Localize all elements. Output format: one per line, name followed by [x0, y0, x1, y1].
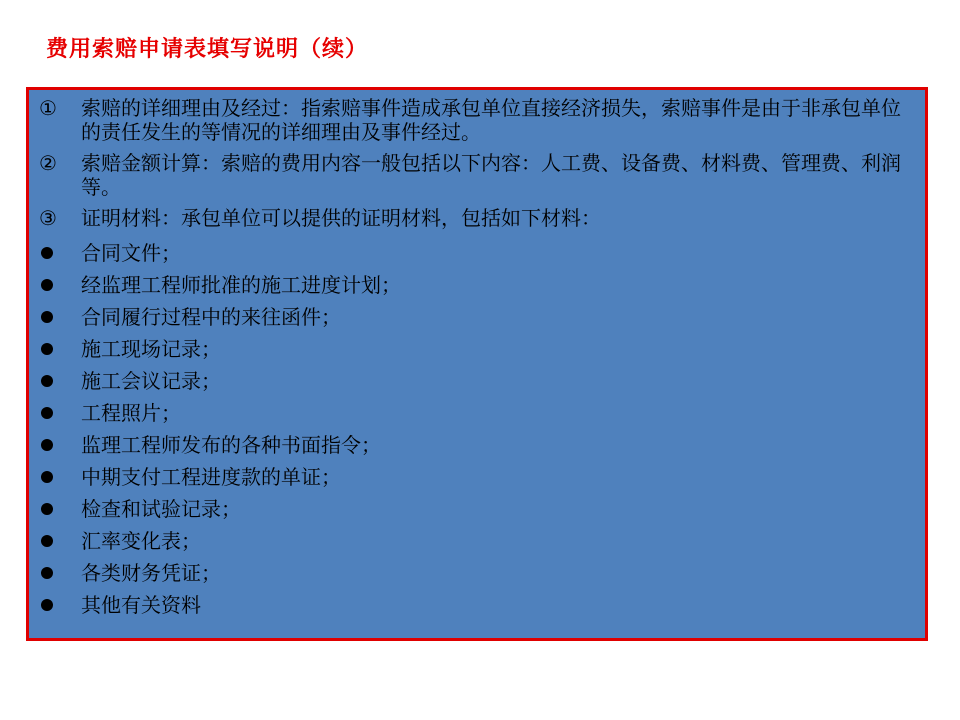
bullet-item: 监理工程师发布的各种书面指令； [39, 429, 915, 461]
bullet-icon [41, 407, 53, 419]
bullet-icon [41, 247, 53, 259]
bullet-item: 合同履行过程中的来往函件； [39, 301, 915, 333]
numbered-item-3: ③ 证明材料：承包单位可以提供的证明材料，包括如下材料： [39, 206, 915, 230]
numbered-item-2: ② 索赔金额计算：索赔的费用内容一般包括以下内容：人工费、设备费、材料费、管理费… [39, 151, 915, 199]
bullet-icon [41, 311, 53, 323]
bullet-icon [41, 471, 53, 483]
bullet-item: 施工现场记录； [39, 333, 915, 365]
bullet-icon [41, 343, 53, 355]
page-title: 费用索赔申请表填写说明（续） [46, 32, 368, 63]
bullet-item: 各类财务凭证； [39, 557, 915, 589]
bullet-item: 工程照片； [39, 397, 915, 429]
bullet-icon [41, 599, 53, 611]
bullet-icon [41, 503, 53, 515]
numbered-item-1: ① 索赔的详细理由及经过：指索赔事件造成承包单位直接经济损失，索赔事件是由于非承… [39, 96, 915, 144]
bullet-icon [41, 279, 53, 291]
bullet-icon [41, 535, 53, 547]
bullet-icon [41, 567, 53, 579]
circled-number-3: ③ [39, 206, 75, 230]
bullet-item: 施工会议记录； [39, 365, 915, 397]
circled-number-1: ① [39, 96, 75, 120]
bullet-icon [41, 375, 53, 387]
bullet-item: 中期支付工程进度款的单证； [39, 461, 915, 493]
content-box: ① 索赔的详细理由及经过：指索赔事件造成承包单位直接经济损失，索赔事件是由于非承… [26, 87, 928, 641]
content-list: ① 索赔的详细理由及经过：指索赔事件造成承包单位直接经济损失，索赔事件是由于非承… [39, 96, 915, 621]
bullet-item: 经监理工程师批准的施工进度计划； [39, 269, 915, 301]
bullet-icon [41, 439, 53, 451]
bullet-item: 汇率变化表； [39, 525, 915, 557]
item-text: 索赔金额计算：索赔的费用内容一般包括以下内容：人工费、设备费、材料费、管理费、利… [81, 151, 901, 199]
circled-number-2: ② [39, 151, 75, 175]
bullet-item: 合同文件； [39, 237, 915, 269]
item-text: 证明材料：承包单位可以提供的证明材料，包括如下材料： [81, 206, 601, 230]
bullet-item: 其他有关资料 [39, 589, 915, 621]
bullet-item: 检查和试验记录； [39, 493, 915, 525]
item-text: 索赔的详细理由及经过：指索赔事件造成承包单位直接经济损失，索赔事件是由于非承包单… [81, 96, 901, 144]
